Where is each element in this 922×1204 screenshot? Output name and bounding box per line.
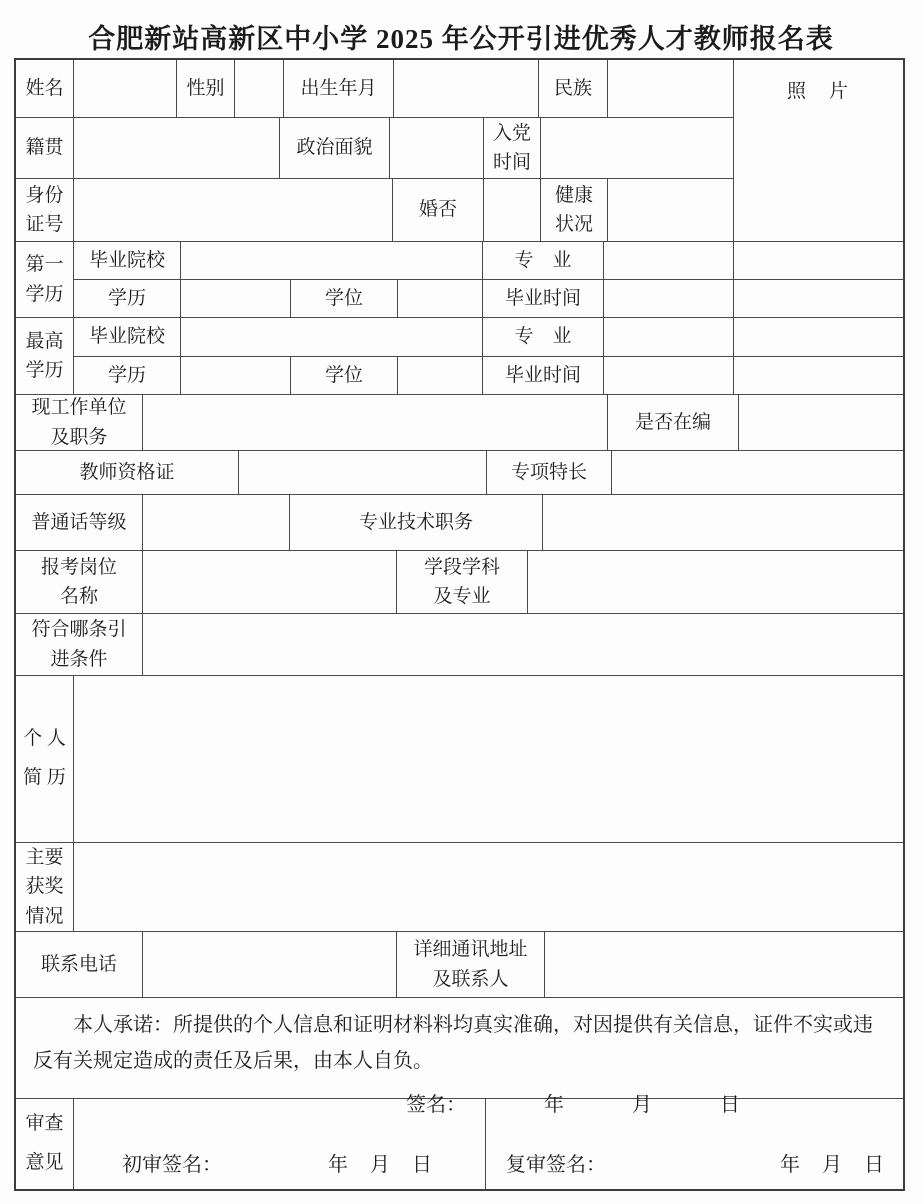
special-skill-field[interactable] bbox=[611, 451, 903, 494]
first-major-label: 专 业 bbox=[482, 242, 603, 279]
first-education-label: 第一学历 bbox=[16, 242, 73, 317]
application-form-page: 合肥新站高新区中小学 2025 年公开引进优秀人才教师报名表 姓名 性别 出生年… bbox=[0, 0, 922, 1204]
first-grad-time-extra-field[interactable] bbox=[733, 280, 903, 317]
application-form-table: 姓名 性别 出生年月 民族 籍贯 政治面貌 入党时间 bbox=[14, 58, 905, 1191]
declaration-text: 本人承诺：所提供的个人信息和证明材料料均真实准确，对因提供有关信息，证件不实或违… bbox=[33, 1007, 886, 1079]
criteria-label: 符合哪条引进条件 bbox=[16, 614, 142, 675]
mandarin-field[interactable] bbox=[142, 495, 289, 550]
health-label: 健康状况 bbox=[540, 179, 607, 241]
stage-subject-label: 学段学科及专业 bbox=[396, 551, 527, 613]
birth-date-field[interactable] bbox=[393, 60, 538, 117]
birth-date-label: 出生年月 bbox=[283, 60, 393, 117]
first-review-sign-label: 初审签名： bbox=[122, 1148, 222, 1177]
gender-field[interactable] bbox=[234, 60, 283, 117]
mandarin-label: 普通话等级 bbox=[16, 495, 142, 550]
gender-label: 性别 bbox=[176, 60, 234, 117]
second-review-date-label: 年 月 日 bbox=[780, 1148, 885, 1177]
id-number-field[interactable] bbox=[73, 179, 392, 241]
first-grad-school-label: 毕业院校 bbox=[74, 242, 180, 279]
row-current-employer: 现工作单位及职务 是否在编 bbox=[16, 394, 903, 450]
first-major-extra-field[interactable] bbox=[733, 242, 903, 279]
row-teacher-cert: 教师资格证 专项特长 bbox=[16, 450, 903, 494]
first-review-date-label: 年 月 日 bbox=[328, 1148, 433, 1177]
review-label: 审查意见 bbox=[16, 1099, 73, 1189]
row-contact: 联系电话 详细通讯地址及联系人 bbox=[16, 931, 903, 997]
first-grad-school-field[interactable] bbox=[180, 242, 482, 279]
highest-grad-time-extra-field[interactable] bbox=[733, 357, 903, 394]
awards-label: 主要获奖情况 bbox=[16, 843, 73, 931]
phone-label: 联系电话 bbox=[16, 932, 142, 997]
photo-box[interactable]: 照 片 bbox=[733, 60, 903, 241]
criteria-field[interactable] bbox=[142, 614, 903, 675]
declaration-cell: 本人承诺：所提供的个人信息和证明材料料均真实准确，对因提供有关信息，证件不实或违… bbox=[16, 998, 903, 1098]
band-highest-education: 最高学历 毕业院校 专 业 学历 学位 毕业时间 bbox=[16, 317, 903, 394]
teacher-cert-field[interactable] bbox=[238, 451, 486, 494]
name-field[interactable] bbox=[73, 60, 176, 117]
second-review-cell[interactable]: 复审签名： 年 月 日 bbox=[485, 1099, 903, 1189]
highest-degree-field[interactable] bbox=[397, 357, 482, 394]
band-first-education: 第一学历 毕业院校 专 业 学历 学位 毕业时间 bbox=[16, 241, 903, 317]
row-criteria: 符合哪条引进条件 bbox=[16, 613, 903, 675]
highest-major-extra-field[interactable] bbox=[733, 318, 903, 356]
stage-subject-field[interactable] bbox=[527, 551, 903, 613]
party-time-field[interactable] bbox=[540, 118, 733, 178]
row-resume: 个 人简 历 bbox=[16, 675, 903, 842]
marital-field[interactable] bbox=[483, 179, 540, 241]
political-status-label: 政治面貌 bbox=[279, 118, 389, 178]
first-review-cell[interactable]: 初审签名： 年 月 日 bbox=[73, 1099, 485, 1189]
first-edu-level-field[interactable] bbox=[180, 280, 290, 317]
first-grad-time-field[interactable] bbox=[603, 280, 733, 317]
first-degree-field[interactable] bbox=[397, 280, 482, 317]
highest-edu-level-label: 学历 bbox=[74, 357, 180, 394]
current-employer-field[interactable] bbox=[142, 395, 607, 450]
first-grad-time-label: 毕业时间 bbox=[482, 280, 603, 317]
current-employer-label: 现工作单位及职务 bbox=[16, 395, 142, 450]
marital-label: 婚否 bbox=[392, 179, 483, 241]
row-mandarin: 普通话等级 专业技术职务 bbox=[16, 494, 903, 550]
second-review-sign-label: 复审签名： bbox=[506, 1148, 606, 1177]
resume-label: 个 人简 历 bbox=[16, 676, 73, 842]
highest-grad-school-field[interactable] bbox=[180, 318, 482, 356]
highest-education-label: 最高学历 bbox=[16, 318, 73, 394]
first-edu-level-label: 学历 bbox=[74, 280, 180, 317]
highest-edu-level-field[interactable] bbox=[180, 357, 290, 394]
highest-grad-time-field[interactable] bbox=[603, 357, 733, 394]
on-establishment-field[interactable] bbox=[738, 395, 903, 450]
row-applied-post: 报考岗位名称 学段学科及专业 bbox=[16, 550, 903, 613]
highest-major-label: 专 业 bbox=[482, 318, 603, 356]
applied-post-field[interactable] bbox=[142, 551, 396, 613]
address-field[interactable] bbox=[544, 932, 903, 997]
name-label: 姓名 bbox=[16, 60, 73, 117]
on-establishment-label: 是否在编 bbox=[607, 395, 738, 450]
highest-major-field[interactable] bbox=[603, 318, 733, 356]
row-review: 审查意见 初审签名： 年 月 日 复审签名： 年 月 日 bbox=[16, 1098, 903, 1189]
applied-post-label: 报考岗位名称 bbox=[16, 551, 142, 613]
highest-degree-label: 学位 bbox=[290, 357, 397, 394]
special-skill-label: 专项特长 bbox=[486, 451, 611, 494]
phone-field[interactable] bbox=[142, 932, 396, 997]
prof-title-field[interactable] bbox=[542, 495, 903, 550]
highest-grad-time-label: 毕业时间 bbox=[482, 357, 603, 394]
native-place-label: 籍贯 bbox=[16, 118, 73, 178]
ethnicity-label: 民族 bbox=[538, 60, 607, 117]
highest-grad-school-label: 毕业院校 bbox=[74, 318, 180, 356]
first-major-field[interactable] bbox=[603, 242, 733, 279]
resume-field[interactable] bbox=[73, 676, 903, 842]
awards-field[interactable] bbox=[73, 843, 903, 931]
row-declaration: 本人承诺：所提供的个人信息和证明材料料均真实准确，对因提供有关信息，证件不实或违… bbox=[16, 997, 903, 1098]
address-label: 详细通讯地址及联系人 bbox=[396, 932, 544, 997]
row-awards: 主要获奖情况 bbox=[16, 842, 903, 931]
native-place-field[interactable] bbox=[73, 118, 279, 178]
page-title: 合肥新站高新区中小学 2025 年公开引进优秀人才教师报名表 bbox=[0, 0, 922, 56]
first-degree-label: 学位 bbox=[290, 280, 397, 317]
id-number-label: 身份证号 bbox=[16, 179, 73, 241]
band-basic-info: 姓名 性别 出生年月 民族 籍贯 政治面貌 入党时间 bbox=[16, 60, 903, 241]
ethnicity-field[interactable] bbox=[607, 60, 733, 117]
political-status-field[interactable] bbox=[389, 118, 483, 178]
party-time-label: 入党时间 bbox=[483, 118, 540, 178]
prof-title-label: 专业技术职务 bbox=[289, 495, 542, 550]
teacher-cert-label: 教师资格证 bbox=[16, 451, 238, 494]
health-field[interactable] bbox=[607, 179, 733, 241]
